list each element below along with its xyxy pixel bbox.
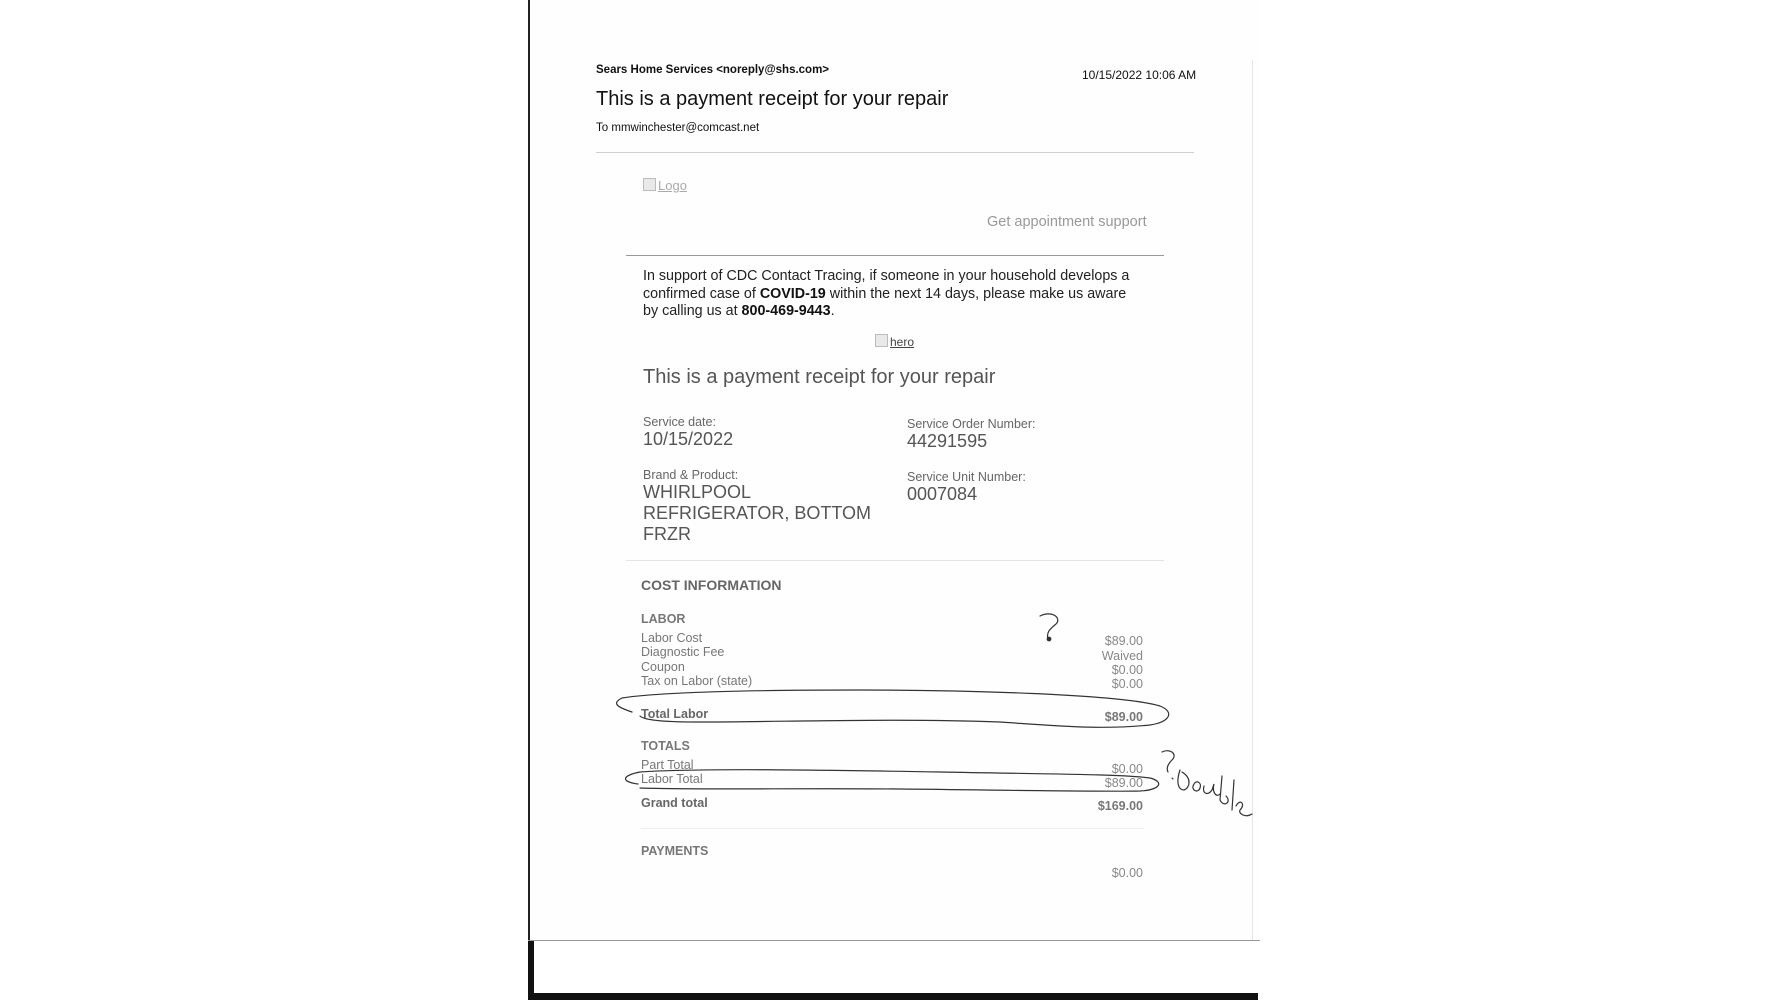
labor-total-circle bbox=[626, 770, 1159, 792]
handwritten-double-note bbox=[1162, 751, 1252, 816]
total-labor-circle bbox=[617, 690, 1169, 727]
handwritten-annotations bbox=[0, 0, 1778, 1000]
handwritten-question-mark bbox=[1040, 614, 1058, 640]
scanner-border bbox=[528, 993, 1258, 1000]
underlying-page bbox=[528, 941, 1264, 1000]
